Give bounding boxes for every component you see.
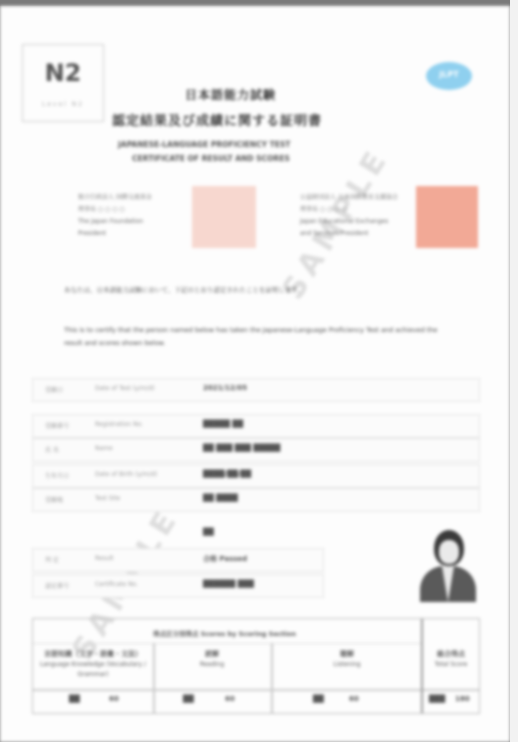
section-name-en: Total Score [435, 661, 468, 668]
page-edge [510, 0, 518, 742]
issuer-left-line: 独立行政法人 国際交流基金 [78, 192, 152, 204]
certification-text-jp: あなたは、日本語能力試験において、下記のとおり認定されたことを証明します。 [64, 284, 456, 297]
row-label-en: Name [95, 445, 113, 452]
row-label-jp: 氏 名 [45, 445, 59, 454]
issuer-right-line: 理事長 ○ ○ ○ ○ [300, 204, 398, 216]
row-label-jp: 生年月日 [45, 471, 69, 480]
level-box: N2 Level N2 [22, 44, 104, 122]
row-value: ██████ ███ [203, 580, 254, 588]
info-row-test-site: 受験地 Test Site ██ ████ [32, 488, 480, 512]
info-row-name: 氏 名 Name ██ ███ ███ █████ [32, 438, 480, 462]
issuer-left-line: 理事長 ○ ○ ○ ○ [78, 204, 152, 216]
issuer-left-line: President [78, 228, 152, 240]
info-row-result: 判 定 Result 合格 Passed [32, 548, 324, 572]
row-value: ████/██/██ [203, 470, 251, 478]
row-value: █████ ██ [203, 420, 243, 428]
row-label-en: Date of Birth (y/m/d) [95, 471, 157, 478]
row-label-en: Registration No. [95, 421, 143, 428]
row-value: 2021/12/05 [203, 384, 247, 392]
level-sub-label: Level N2 [23, 101, 103, 108]
score-value: ██ [183, 695, 194, 703]
info-row-extra: ██ [32, 522, 324, 546]
info-row-certificate-no: 認定番号 Certificate No. ██████ ███ [32, 574, 324, 598]
info-row-birth: 生年月日 Date of Birth (y/m/d) ████/██/██ [32, 464, 480, 488]
examinee-photo [418, 526, 478, 604]
section-name-en: Reading [200, 661, 224, 668]
section-listening: 聴解 Listening [275, 649, 419, 670]
issuer-right: 公益財団法人 日本国際教育支援協会 理事長 ○ ○ ○ ○ Japan Educ… [300, 192, 398, 240]
certification-text-en: This is to certify that the person named… [64, 324, 456, 350]
score-value: ██ [69, 695, 80, 703]
section-name-en: Language Knowledge (Vocabulary / Grammar… [40, 661, 146, 678]
score-max: 60 [349, 695, 359, 703]
row-label-en: Date of Test (y/m/d) [95, 385, 155, 392]
info-row-registration: 受験番号 Registration No. █████ ██ [32, 414, 480, 438]
issuer-left-line: The Japan Foundation [78, 216, 152, 228]
title-en-line1: JAPANESE-LANGUAGE PROFICIENCY TEST [118, 140, 290, 149]
score-table-header: 得点区分別得点 Scores by Scoring Section [153, 629, 296, 638]
level-label: N2 [23, 59, 103, 87]
issuer-right-line: and Services President [300, 228, 398, 240]
section-name: 総合得点 [437, 650, 465, 658]
jlpt-logo-icon: JLPT [426, 62, 472, 90]
row-value: ██ [203, 528, 214, 536]
row-label-jp: 受験地 [45, 495, 63, 504]
section-name: 読解 [205, 650, 219, 658]
row-label-jp: 受験番号 [45, 421, 69, 430]
score-table: 得点区分別得点 Scores by Scoring Section 言語知識（文… [32, 618, 480, 714]
section-reading: 読解 Reading [157, 649, 267, 670]
row-label-jp: 認定番号 [45, 581, 69, 590]
score-max: 60 [109, 695, 119, 703]
issuer-left: 独立行政法人 国際交流基金 理事長 ○ ○ ○ ○ The Japan Foun… [78, 192, 152, 240]
title-jp-line1: 日本語能力試験 [185, 86, 276, 103]
section-language-knowledge: 言語知識（文字・語彙・文法） Language Knowledge (Vocab… [37, 649, 149, 680]
issuer-right-line: 公益財団法人 日本国際教育支援協会 [300, 192, 398, 204]
issuer-right-line: Japan Educational Exchanges [300, 216, 398, 228]
score-max: 180 [455, 695, 470, 703]
section-name-en: Listening [333, 661, 360, 668]
row-label-jp: 受験日 [45, 385, 63, 394]
row-label-jp: 判 定 [45, 555, 59, 564]
score-value: ██ [313, 695, 324, 703]
logo-text: JLPT [426, 70, 472, 79]
section-name: 言語知識（文字・語彙・文法） [44, 650, 142, 658]
score-max: 60 [225, 695, 235, 703]
row-label-en: Test Site [95, 495, 120, 502]
certificate-page: SAMPLE SAMPLE N2 Level N2 JLPT 日本語能力試験 認… [0, 6, 510, 742]
row-label-en: Result [95, 555, 114, 562]
row-label-en: Certificate No. [95, 581, 138, 588]
seal-stamp-right-icon [416, 186, 478, 248]
seal-stamp-left-icon [192, 186, 256, 248]
row-value: ██ ███ ███ █████ [203, 444, 280, 452]
row-value: 合格 Passed [203, 554, 247, 564]
info-row-date: 受験日 Date of Test (y/m/d) 2021/12/05 [32, 378, 480, 402]
row-value: ██ ████ [203, 494, 238, 502]
section-name: 聴解 [340, 650, 354, 658]
title-en-line2: CERTIFICATE OF RESULT AND SCORES [132, 154, 290, 163]
title-jp-line2: 認定結果及び成績に関する証明書 [112, 110, 322, 129]
section-total: 総合得点 Total Score [425, 649, 477, 670]
score-value: ███ [429, 695, 445, 703]
